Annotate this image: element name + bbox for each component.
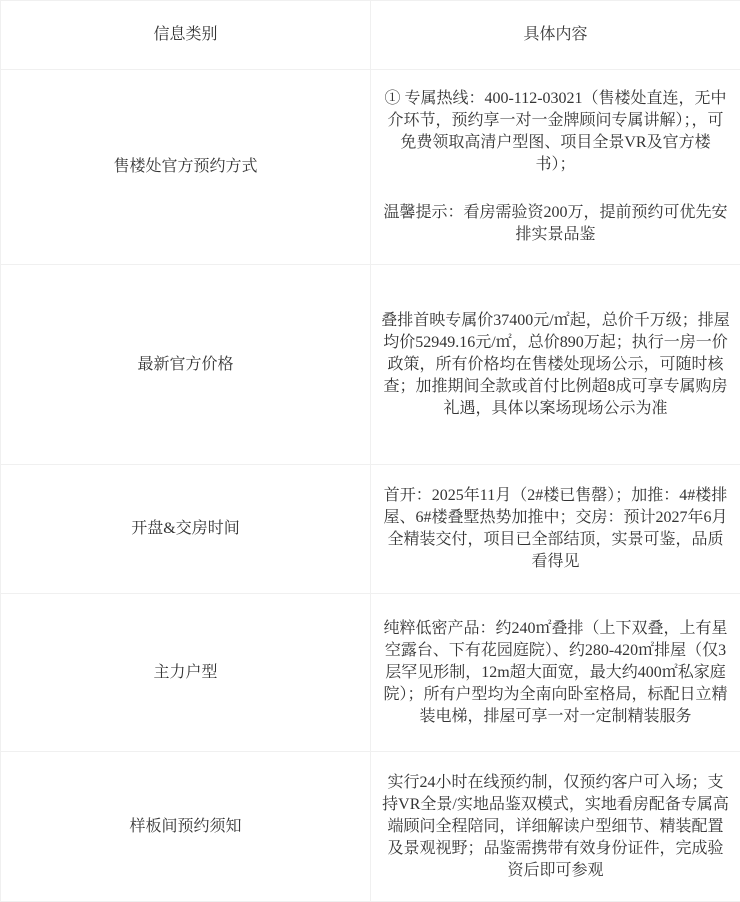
content-cell: 实行24小时在线预约制，仅预约客户可入场；支持VR全景/实地品鉴双模式，实地看房…	[371, 752, 740, 902]
content-cell: 首开：2025年11月（2#楼已售罄）；加推：4#楼排屋、6#楼叠墅热势加推中；…	[371, 465, 740, 594]
category-cell: 主力户型	[1, 594, 371, 752]
category-cell: 最新官方价格	[1, 265, 371, 465]
header-row: 信息类别 具体内容	[1, 1, 740, 70]
content-paragraph-tip: 温馨提示：看房需验资200万，提前预约可优先安排实景品鉴	[381, 202, 730, 246]
content-cell: 叠排首映专属价37400元/㎡起，总价千万级；排屋均价52949.16元/㎡，总…	[371, 265, 740, 465]
content-paragraph: 实行24小时在线预约制，仅预约客户可入场；支持VR全景/实地品鉴双模式，实地看房…	[381, 772, 730, 882]
content-paragraph: ① 专属热线：400-112-03021（售楼处直连，无中介环节，预约享一对一金…	[381, 88, 730, 176]
content-paragraph: 首开：2025年11月（2#楼已售罄）；加推：4#楼排屋、6#楼叠墅热势加推中；…	[381, 485, 730, 573]
property-info-table: 信息类别 具体内容 售楼处官方预约方式 ① 专属热线：400-112-03021…	[0, 0, 740, 902]
category-cell: 开盘&交房时间	[1, 465, 371, 594]
column-header-category: 信息类别	[1, 1, 371, 70]
table-row: 样板间预约须知 实行24小时在线预约制，仅预约客户可入场；支持VR全景/实地品鉴…	[1, 752, 740, 902]
table-row: 最新官方价格 叠排首映专属价37400元/㎡起，总价千万级；排屋均价52949.…	[1, 265, 740, 465]
content-cell: 纯粹低密产品：约240㎡叠排（上下双叠，上有星空露台、下有花园庭院）、约280-…	[371, 594, 740, 752]
content-paragraph: 叠排首映专属价37400元/㎡起，总价千万级；排屋均价52949.16元/㎡，总…	[381, 310, 730, 420]
table-row: 开盘&交房时间 首开：2025年11月（2#楼已售罄）；加推：4#楼排屋、6#楼…	[1, 465, 740, 594]
content-cell: ① 专属热线：400-112-03021（售楼处直连，无中介环节，预约享一对一金…	[371, 70, 740, 265]
table-row: 主力户型 纯粹低密产品：约240㎡叠排（上下双叠，上有星空露台、下有花园庭院）、…	[1, 594, 740, 752]
category-cell: 售楼处官方预约方式	[1, 70, 371, 265]
content-paragraph: 纯粹低密产品：约240㎡叠排（上下双叠，上有星空露台、下有花园庭院）、约280-…	[381, 618, 730, 728]
category-cell: 样板间预约须知	[1, 752, 371, 902]
table-row: 售楼处官方预约方式 ① 专属热线：400-112-03021（售楼处直连，无中介…	[1, 70, 740, 265]
column-header-content: 具体内容	[371, 1, 740, 70]
